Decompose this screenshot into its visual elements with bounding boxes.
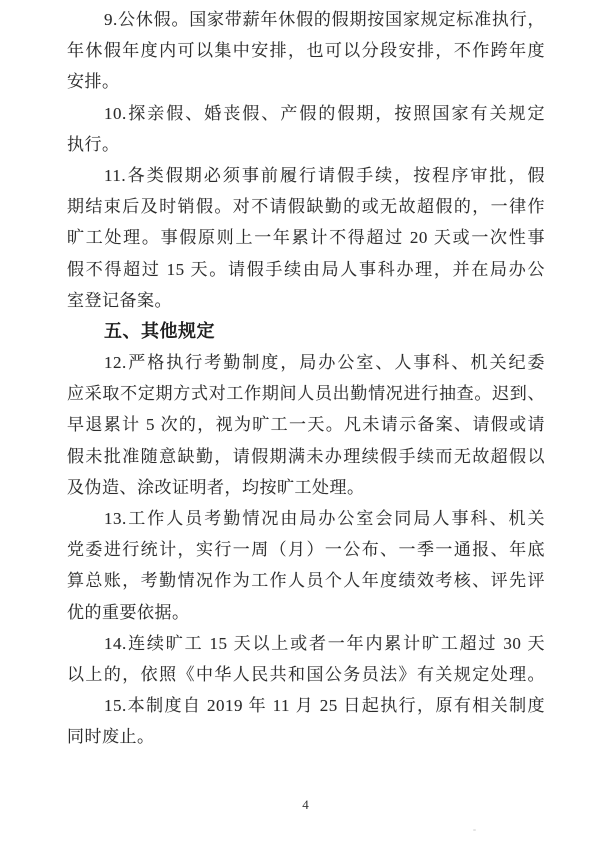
document-body: 9.公休假。国家带薪年休假的假期按国家规定标准执行，年休假年度内可以集中安排，也…	[67, 4, 545, 753]
text-line: 算总账，考勤情况作为工作人员个人年度绩效考核、评先评	[67, 565, 545, 596]
text-line: 10.探亲假、婚丧假、产假的假期，按照国家有关规定	[67, 98, 545, 129]
text-line: 假不得超过 15 天。请假手续由局人事科办理，并在局办公	[67, 254, 545, 285]
text-line: 执行。	[67, 129, 545, 160]
text-line: 应采取不定期方式对工作期间人员出勤情况进行抽查。迟到、	[67, 378, 545, 409]
text-line: 14.连续旷工 15 天以上或者一年内累计旷工超过 30 天	[67, 628, 545, 659]
text-line: 安排。	[67, 66, 545, 97]
text-line: 11.各类假期必须事前履行请假手续，按程序审批，假	[67, 160, 545, 191]
text-line: 以上的，依照《中华人民共和国公务员法》有关规定处理。	[67, 659, 545, 690]
text-line: 室登记备案。	[67, 285, 545, 316]
text-line: 及伪造、涂改证明者，均按旷工处理。	[67, 472, 545, 503]
text-line: 9.公休假。国家带薪年休假的假期按国家规定标准执行，	[67, 4, 545, 35]
text-line: 15.本制度自 2019 年 11 月 25 日起执行，原有相关制度	[67, 690, 545, 721]
text-line: 13.工作人员考勤情况由局办公室会同局人事科、机关	[67, 503, 545, 534]
document-page: 9.公休假。国家带薪年休假的假期按国家规定标准执行，年休假年度内可以集中安排，也…	[0, 0, 611, 849]
text-line: 期结束后及时销假。对不请假缺勤的或无故超假的，一律作	[67, 191, 545, 222]
text-line: 年休假年度内可以集中安排，也可以分段安排，不作跨年度	[67, 35, 545, 66]
page-number: 4	[0, 797, 611, 813]
text-line: 优的重要依据。	[67, 597, 545, 628]
text-line: 旷工处理。事假原则上一年累计不得超过 20 天或一次性事	[67, 222, 545, 253]
text-line: 假未批准随意缺勤，请假期满未办理续假手续而无故超假以	[67, 441, 545, 472]
scan-speck-artifact	[473, 829, 476, 831]
section-heading: 五、其他规定	[67, 316, 545, 347]
text-line: 早退累计 5 次的，视为旷工一天。凡未请示备案、请假或请	[67, 409, 545, 440]
text-line: 同时废止。	[67, 721, 545, 752]
text-line: 12.严格执行考勤制度，局办公室、人事科、机关纪委	[67, 347, 545, 378]
text-line: 党委进行统计，实行一周（月）一公布、一季一通报、年底	[67, 534, 545, 565]
